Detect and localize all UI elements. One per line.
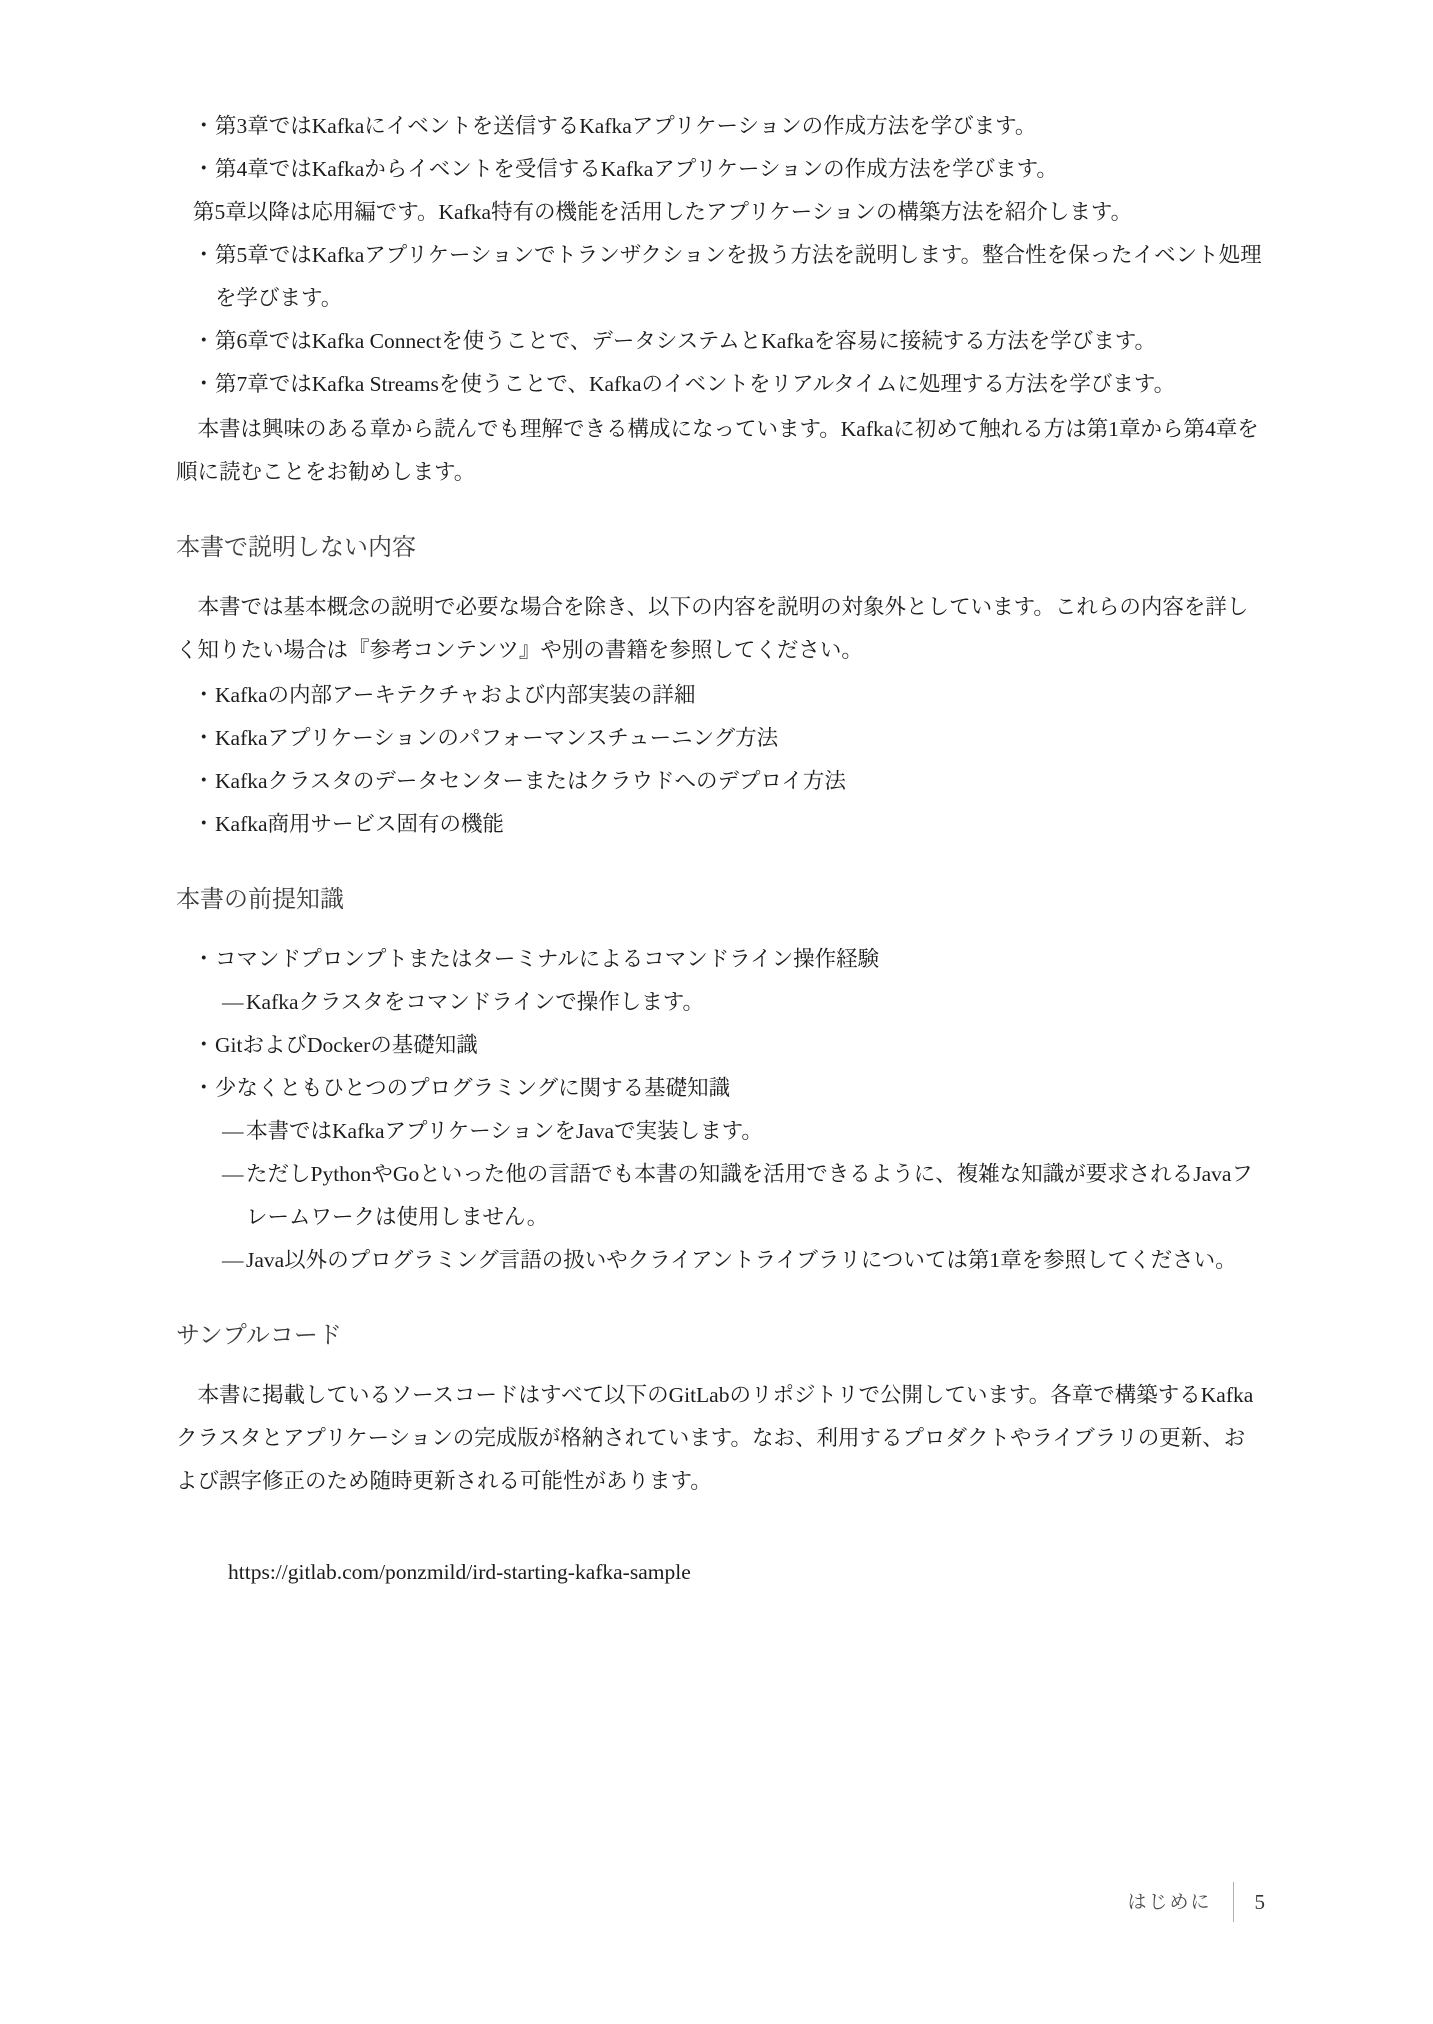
page-footer: はじめに 5 [1127,1880,1265,1924]
list-item-text: コマンドプロンプトまたはターミナルによるコマンドライン操作経験 [215,938,1263,981]
list-subitem-text: 本書ではKafkaアプリケーションをJavaで実装します。 [246,1110,1263,1153]
dash-marker: ― [222,1153,246,1239]
not-covered-list: ・ Kafkaの内部アーキテクチャおよび内部実装の詳細 ・ Kafkaアプリケー… [176,674,1263,846]
intro-closing-paragraph: 本書は興味のある章から読んでも理解できる構成になっています。Kafkaに初めて触… [176,408,1263,494]
list-note-text: 第5章以降は応用編です。Kafka特有の機能を活用したアプリケーションの構築方法… [193,191,1263,234]
list-subitem: ― Java以外のプログラミング言語の扱いやクライアントライブラリについては第1… [193,1239,1263,1282]
bullet-marker: ・ [193,674,215,717]
dash-marker: ― [222,1110,246,1153]
list-item-text: 第3章ではKafkaにイベントを送信するKafkaアプリケーションの作成方法を学… [215,105,1263,148]
list-subitem-text: ただしPythonやGoといった他の言語でも本書の知識を活用できるように、複雑な… [246,1153,1263,1239]
repository-url: https://gitlab.com/ponzmild/ird-starting… [176,1551,1263,1594]
bullet-marker: ・ [193,803,215,846]
list-subitem: ― 本書ではKafkaアプリケーションをJavaで実装します。 [193,1110,1263,1153]
list-item-text: 第5章ではKafkaアプリケーションでトランザクションを扱う方法を説明します。整… [215,234,1263,320]
bullet-marker: ・ [193,760,215,803]
bullet-marker: ・ [193,1067,215,1110]
not-covered-intro-paragraph: 本書では基本概念の説明で必要な場合を除き、以下の内容を説明の対象外としています。… [176,586,1263,672]
list-item-text: 第7章ではKafka Streamsを使うことで、Kafkaのイベントをリアルタ… [215,363,1263,406]
bullet-marker: ・ [193,938,215,981]
prerequisites-list: ・ コマンドプロンプトまたはターミナルによるコマンドライン操作経験 ― Kafk… [176,938,1263,1282]
footer-section-label: はじめに [1127,1881,1211,1924]
list-item: ・ Kafkaアプリケーションのパフォーマンスチューニング方法 [193,717,1263,760]
book-page: ・ 第3章ではKafkaにイベントを送信するKafkaアプリケーションの作成方法… [0,0,1433,2024]
list-item: ・ コマンドプロンプトまたはターミナルによるコマンドライン操作経験 [193,938,1263,981]
list-item-text: Kafkaアプリケーションのパフォーマンスチューニング方法 [215,717,1263,760]
list-item-text: 第4章ではKafkaからイベントを受信するKafkaアプリケーションの作成方法を… [215,148,1263,191]
chapter-overview-list: ・ 第3章ではKafkaにイベントを送信するKafkaアプリケーションの作成方法… [176,105,1263,406]
section-heading-sample-code: サンプルコード [176,1323,1263,1348]
list-item-text: Kafka商用サービス固有の機能 [215,803,1263,846]
bullet-marker: ・ [193,363,215,406]
list-item-text: Kafkaクラスタのデータセンターまたはクラウドへのデプロイ方法 [215,760,1263,803]
section-heading-prerequisites: 本書の前提知識 [176,887,1263,912]
list-subitem-text: Java以外のプログラミング言語の扱いやクライアントライブラリについては第1章を… [246,1239,1263,1282]
list-item: ・ 少なくともひとつのプログラミングに関する基礎知識 [193,1067,1263,1110]
list-item-text: GitおよびDockerの基礎知識 [215,1024,1263,1067]
list-item: ・ 第3章ではKafkaにイベントを送信するKafkaアプリケーションの作成方法… [193,105,1263,148]
list-item: ・ 第7章ではKafka Streamsを使うことで、Kafkaのイベントをリア… [193,363,1263,406]
list-item: ・ 第4章ではKafkaからイベントを受信するKafkaアプリケーションの作成方… [193,148,1263,191]
bullet-marker: ・ [193,105,215,148]
bullet-marker: ・ [193,320,215,363]
page-content: ・ 第3章ではKafkaにイベントを送信するKafkaアプリケーションの作成方法… [0,0,1433,1594]
list-item: ・ Kafkaの内部アーキテクチャおよび内部実装の詳細 [193,674,1263,717]
list-subitem: ― ただしPythonやGoといった他の言語でも本書の知識を活用できるように、複… [193,1153,1263,1239]
list-item-text: 少なくともひとつのプログラミングに関する基礎知識 [215,1067,1263,1110]
dash-marker: ― [222,981,246,1024]
bullet-marker: ・ [193,234,215,320]
list-item: ・ 第5章ではKafkaアプリケーションでトランザクションを扱う方法を説明します… [193,234,1263,320]
footer-divider [1233,1882,1234,1922]
bullet-marker: ・ [193,717,215,760]
list-subitem-text: Kafkaクラスタをコマンドラインで操作します。 [246,981,1263,1024]
list-item: ・ Kafka商用サービス固有の機能 [193,803,1263,846]
sample-code-paragraph: 本書に掲載しているソースコードはすべて以下のGitLabのリポジトリで公開してい… [176,1374,1263,1503]
dash-marker: ― [222,1239,246,1282]
footer-page-number: 5 [1255,1881,1266,1924]
list-item: ・ 第6章ではKafka Connectを使うことで、データシステムとKafka… [193,320,1263,363]
bullet-marker: ・ [193,148,215,191]
list-item-text: Kafkaの内部アーキテクチャおよび内部実装の詳細 [215,674,1263,717]
list-item: ・ Kafkaクラスタのデータセンターまたはクラウドへのデプロイ方法 [193,760,1263,803]
section-heading-not-covered: 本書で説明しない内容 [176,535,1263,560]
list-item-text: 第6章ではKafka Connectを使うことで、データシステムとKafkaを容… [215,320,1263,363]
list-item: ・ GitおよびDockerの基礎知識 [193,1024,1263,1067]
bullet-marker: ・ [193,1024,215,1067]
list-subitem: ― Kafkaクラスタをコマンドラインで操作します。 [193,981,1263,1024]
